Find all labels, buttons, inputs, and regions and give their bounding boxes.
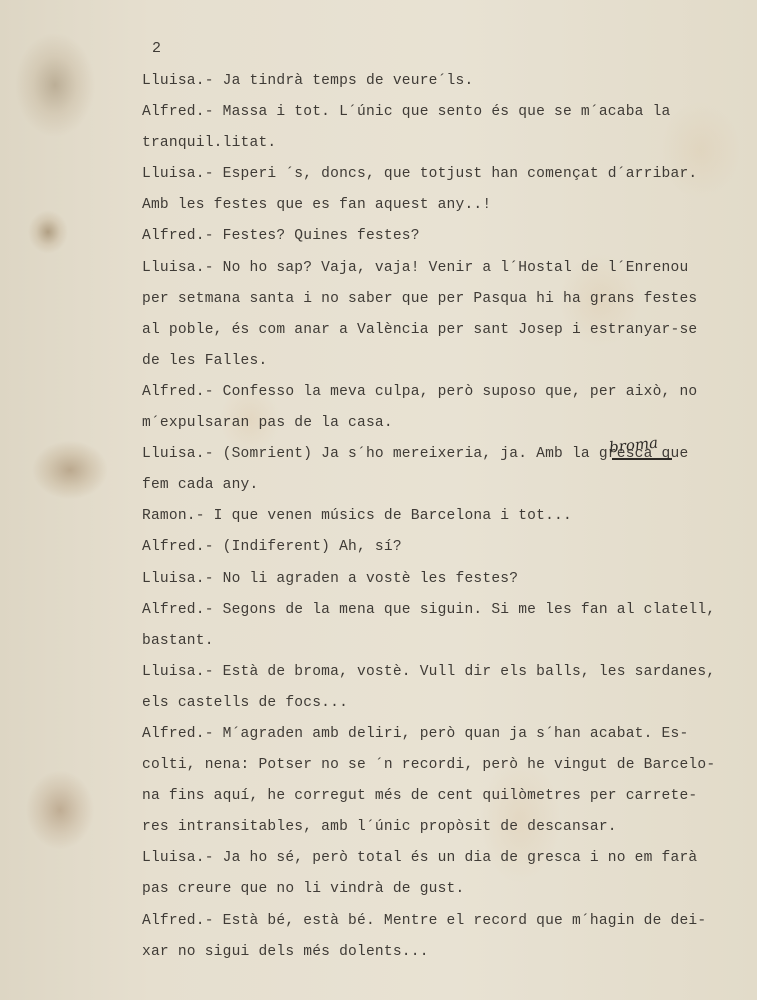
script-lines: Lluisa.- Ja tindrà temps de veure´ls.Alf…	[142, 66, 742, 968]
text-line: Amb les festes que es fan aquest any..!	[142, 190, 742, 221]
text-line: Lluisa.- Esperi ´s, doncs, que totjust h…	[142, 159, 742, 190]
text-line: Lluisa.- No ho sap? Vaja, vaja! Venir a …	[142, 253, 742, 284]
text-line: pas creure que no li vindrà de gust.	[142, 874, 742, 905]
text-line: Ramon.- I que venen músics de Barcelona …	[142, 501, 742, 532]
strikethrough-mark	[612, 458, 672, 460]
text-line: Alfred.- Segons de la mena que siguin. S…	[142, 595, 742, 626]
text-line: fem cada any.	[142, 470, 742, 501]
page-number: 2	[142, 38, 742, 66]
text-line: tranquil.litat.	[142, 128, 742, 159]
text-line: xar no sigui dels més dolents...	[142, 937, 742, 968]
typewritten-page: 2 Lluisa.- Ja tindrà temps de veure´ls.A…	[0, 0, 757, 1000]
text-line: al poble, és com anar a València per san…	[142, 315, 742, 346]
text-line: na fins aquí, he corregut més de cent qu…	[142, 781, 742, 812]
text-line: Alfred.- Festes? Quines festes?	[142, 221, 742, 252]
text-line: Alfred.- Massa i tot. L´únic que sento é…	[142, 97, 742, 128]
typed-text-block: 2 Lluisa.- Ja tindrà temps de veure´ls.A…	[142, 38, 742, 968]
text-line: Lluisa.- Està de broma, vostè. Vull dir …	[142, 657, 742, 688]
text-line: Alfred.- Està bé, està bé. Mentre el rec…	[142, 906, 742, 937]
text-line: bastant.	[142, 626, 742, 657]
text-line: Lluisa.- Ja ho sé, però total és un dia …	[142, 843, 742, 874]
text-line: per setmana santa i no saber que per Pas…	[142, 284, 742, 315]
text-line: de les Falles.	[142, 346, 742, 377]
text-line: colti, nena: Potser no se ´n recordi, pe…	[142, 750, 742, 781]
text-line: Alfred.- (Indiferent) Ah, sí?	[142, 532, 742, 563]
text-line: els castells de focs...	[142, 688, 742, 719]
text-line: Lluisa.- Ja tindrà temps de veure´ls.	[142, 66, 742, 97]
text-line: Alfred.- Confesso la meva culpa, però su…	[142, 377, 742, 408]
text-line: Lluisa.- No li agraden a vostè les feste…	[142, 564, 742, 595]
text-line: Alfred.- M´agraden amb deliri, però quan…	[142, 719, 742, 750]
text-line: res intransitables, amb l´únic propòsit …	[142, 812, 742, 843]
